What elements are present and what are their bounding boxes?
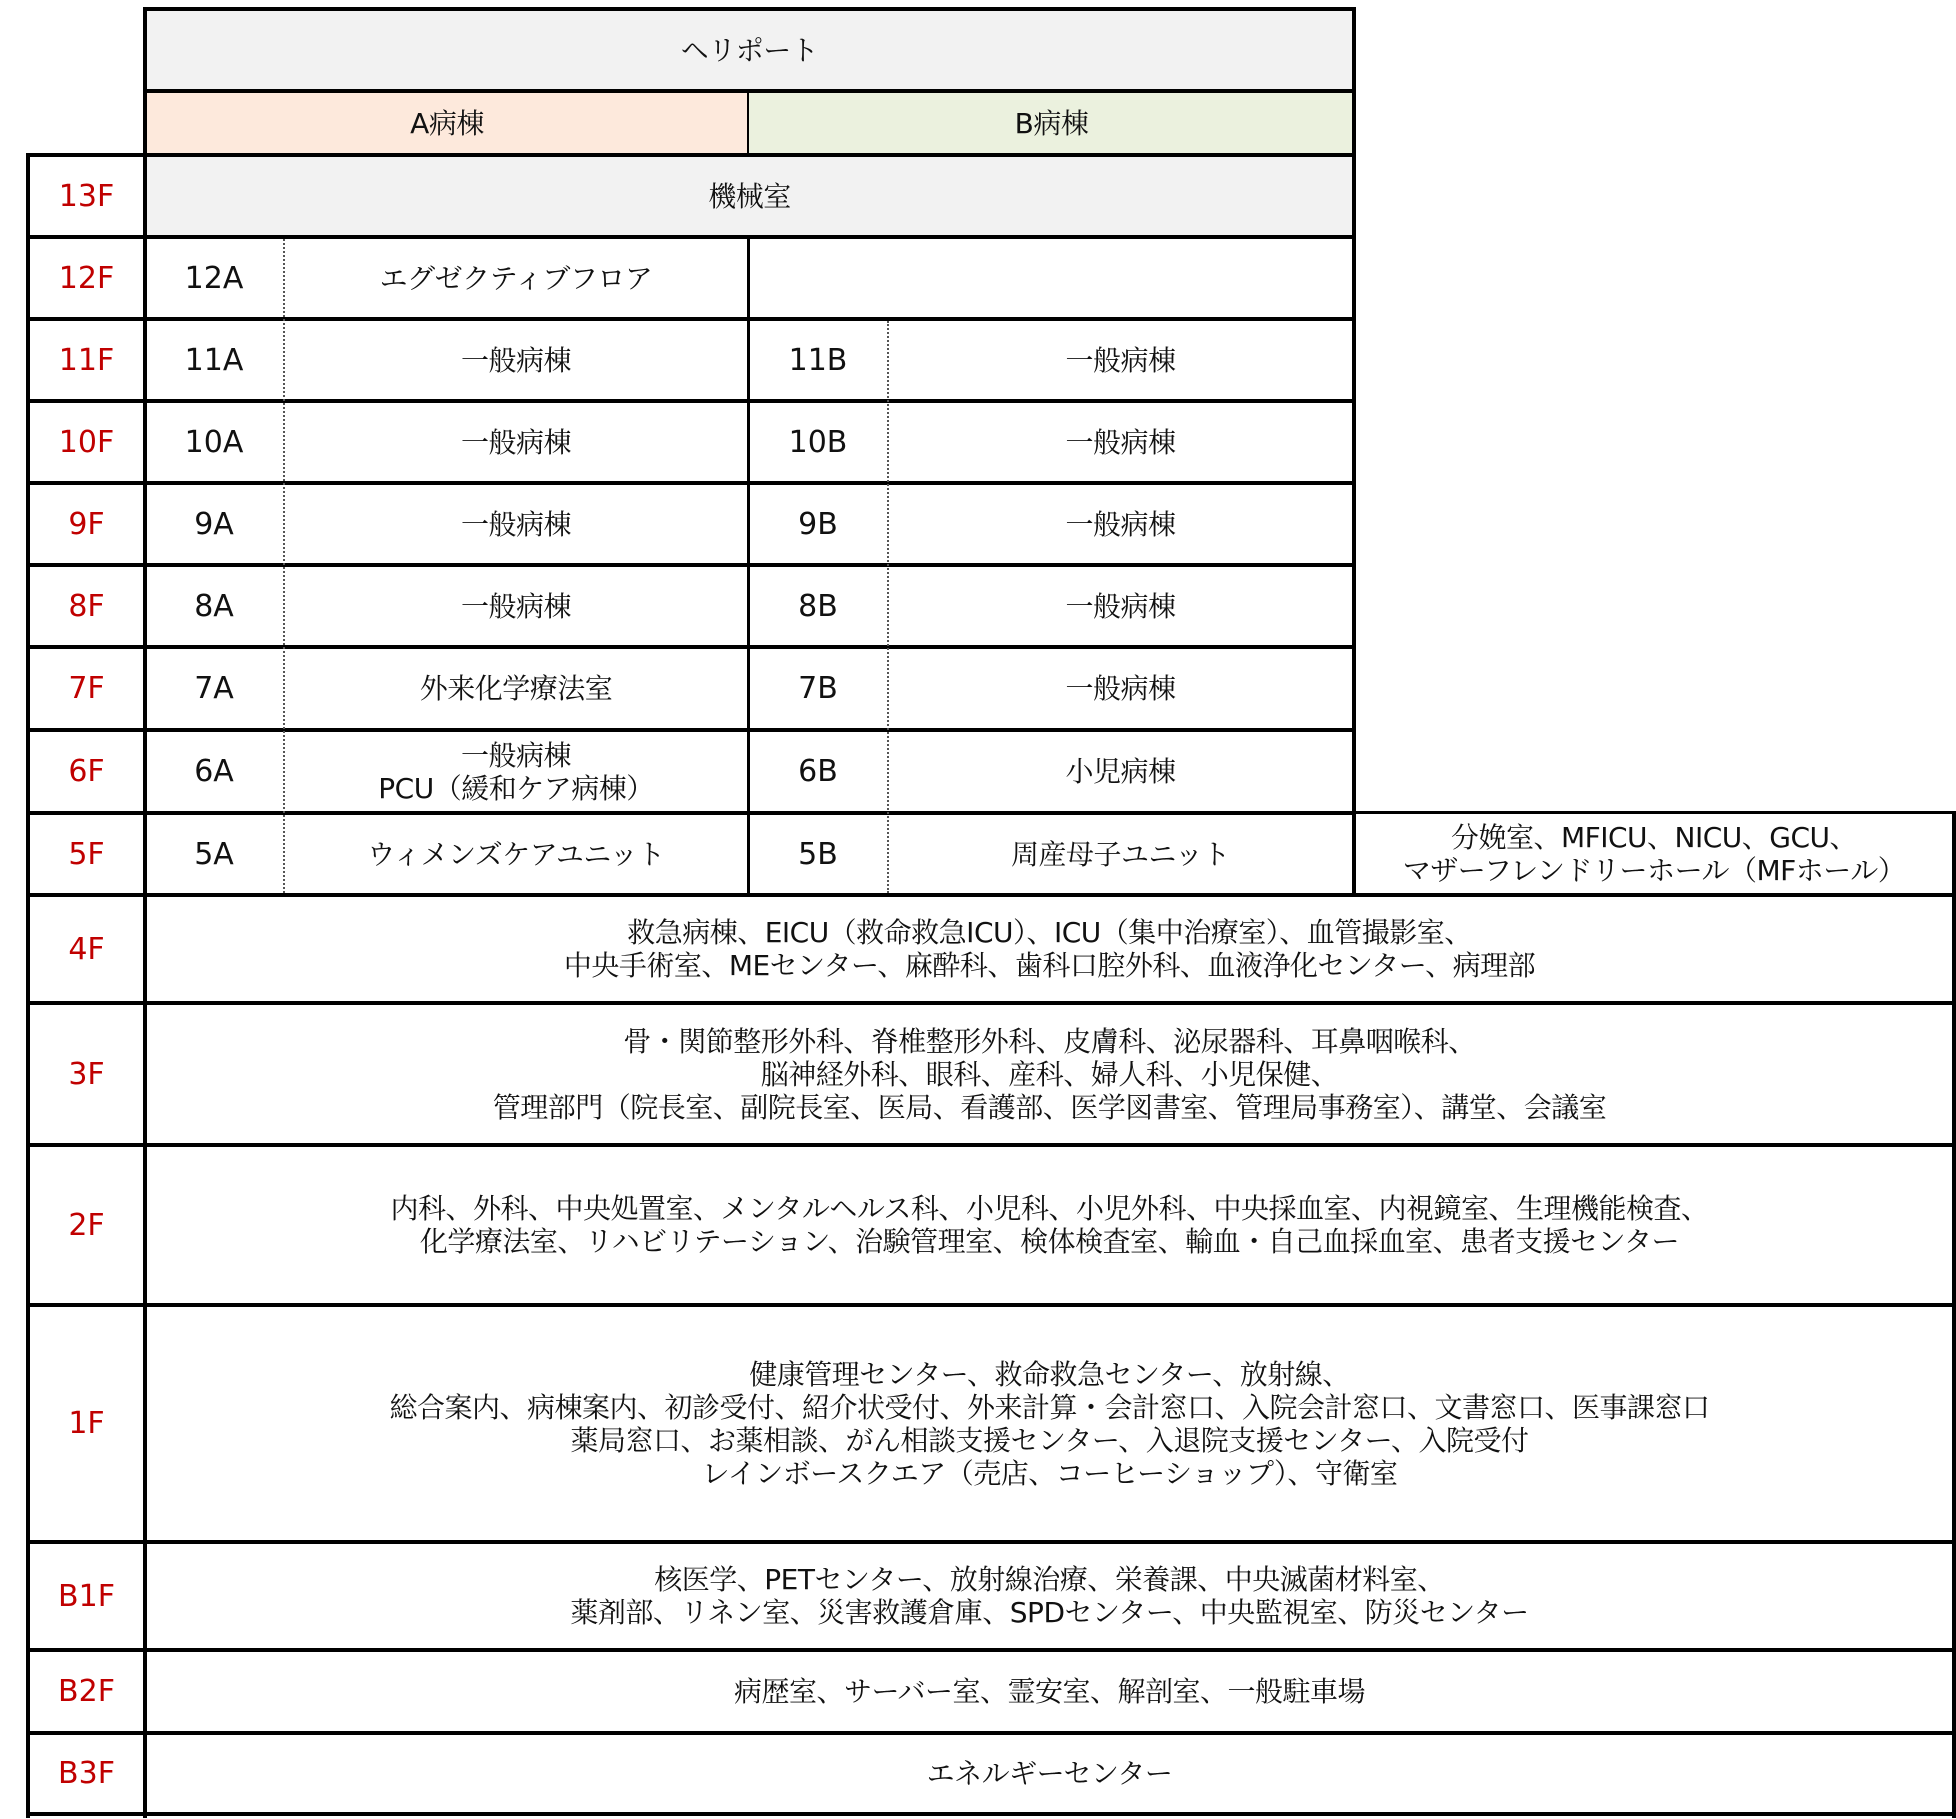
floor-label: 8F: [28, 565, 145, 647]
ward-b-code: 9B: [798, 507, 838, 542]
floor-label: 12F: [28, 237, 145, 319]
ward-b-code-cell: 8B: [749, 565, 887, 647]
divider: [1352, 811, 1956, 814]
ward-a-text-cell: ウィメンズケアユニット: [283, 813, 749, 895]
floor-label: 2F: [28, 1145, 145, 1305]
ward-a-header: A病棟: [145, 91, 749, 155]
ward-a-code-cell: 7A: [145, 647, 283, 730]
delivery-area-label: 分娩室、MFICU、NICU、GCU、 マザーフレンドリーホール（MFホール）: [1403, 821, 1905, 887]
divider: [26, 563, 1356, 567]
floor-label: 6F: [28, 730, 145, 813]
floor-number: B1F: [58, 1579, 115, 1614]
floor-label: 11F: [28, 319, 145, 401]
divider: [26, 317, 1356, 321]
divider: [143, 89, 1356, 93]
ward-b-code: 10B: [789, 425, 848, 460]
floor-label: 9F: [28, 483, 145, 565]
floor-label: B2F: [28, 1650, 145, 1733]
ward-a-text: 外来化学療法室: [420, 672, 613, 705]
floor-number: 2F: [68, 1208, 104, 1243]
ward-a-text: 一般病棟: [461, 426, 571, 459]
ward-a-text-cell: 外来化学療法室: [283, 647, 749, 730]
divider: [26, 399, 1356, 403]
ward-a-code: 12A: [185, 261, 244, 296]
floor-label: 7F: [28, 647, 145, 730]
divider: [1352, 7, 1356, 897]
ward-a-text: 一般病棟: [461, 508, 571, 541]
floor-facilities: エネルギーセンター: [927, 1757, 1173, 1790]
ward-b-code-cell: [749, 237, 887, 319]
heliport-label: ヘリポート: [681, 34, 819, 67]
ward-a-code: 7A: [194, 671, 234, 706]
floor-13f-content: 機械室: [145, 155, 1354, 237]
ward-a-text-cell: 一般病棟: [283, 483, 749, 565]
divider: [143, 153, 147, 1818]
ward-a-text-cell: 一般病棟 PCU（緩和ケア病棟）: [283, 730, 749, 813]
floor-content: 救急病棟、EICU（救命救急ICU）、ICU（集中治療室）、血管撮影室、 中央手…: [145, 895, 1954, 1003]
ward-b-text: 周産母子ユニット: [1011, 838, 1230, 871]
ward-a-text-cell: 一般病棟: [283, 565, 749, 647]
dotted-divider: [887, 321, 889, 893]
ward-b-code: 8B: [798, 589, 838, 624]
ward-a-code-cell: 9A: [145, 483, 283, 565]
ward-a-code: 9A: [194, 507, 234, 542]
floor-content: 内科、外科、中央処置室、メンタルヘルス科、小児科、小児外科、中央採血室、内視鏡室…: [145, 1145, 1954, 1305]
divider: [747, 237, 750, 895]
floor-number: 8F: [68, 589, 104, 624]
floor-label: 13F: [28, 155, 145, 237]
ward-a-text-cell: エグゼクティブフロア: [283, 237, 749, 319]
ward-b-code-cell: 5B: [749, 813, 887, 895]
ward-b-text-cell: 一般病棟: [887, 565, 1354, 647]
floor-facilities: 骨・関節整形外科、脊椎整形外科、皮膚科、泌尿器科、耳鼻咽喉科、 脳神経外科、眼科…: [493, 1025, 1607, 1124]
ward-a-code-cell: 6A: [145, 730, 283, 813]
floor-number: 5F: [68, 837, 104, 872]
ward-a-text: ウィメンズケアユニット: [367, 838, 664, 871]
ward-a-text-cell: 一般病棟: [283, 319, 749, 401]
ward-a-code-cell: 12A: [145, 237, 283, 319]
ward-a-code: 5A: [194, 837, 234, 872]
ward-b-text-cell: 小児病棟: [887, 730, 1354, 813]
divider: [26, 1648, 1956, 1652]
ward-b-text-cell: 一般病棟: [887, 319, 1354, 401]
ward-a-code: 8A: [194, 589, 234, 624]
machine-room-label: 機械室: [708, 180, 791, 213]
floor-facilities: 核医学、PETセンター、放射線治療、栄養課、中央滅菌材料室、 薬剤部、リネン室、…: [570, 1563, 1528, 1629]
ward-a-code-cell: 10A: [145, 401, 283, 483]
ward-b-text-cell: 一般病棟: [887, 483, 1354, 565]
floor-label: B3F: [28, 1733, 145, 1814]
ward-a-code: 11A: [185, 343, 244, 378]
divider: [26, 153, 30, 1818]
floor-number: B2F: [58, 1674, 115, 1709]
ward-a-code: 10A: [185, 425, 244, 460]
floor-number: 13F: [59, 179, 114, 214]
floor-facilities: 救急病棟、EICU（救命救急ICU）、ICU（集中治療室）、血管撮影室、 中央手…: [564, 916, 1535, 982]
ward-b-text: 一般病棟: [1065, 672, 1175, 705]
floor-facilities: 健康管理センター、救命救急センター、放射線、 総合案内、病棟案内、初診受付、紹介…: [389, 1358, 1709, 1490]
divider: [26, 481, 1356, 485]
divider: [26, 1001, 1956, 1005]
ward-b-code: 7B: [798, 671, 838, 706]
floor-content: 病歴室、サーバー室、霊安室、解剖室、一般駐車場: [145, 1650, 1954, 1733]
ward-b-text: 一般病棟: [1065, 508, 1175, 541]
ward-b-code: 6B: [798, 754, 838, 789]
divider: [143, 7, 147, 155]
ward-b-text: 小児病棟: [1065, 755, 1175, 788]
ward-b-text: 一般病棟: [1065, 426, 1175, 459]
ward-b-label: B病棟: [1015, 107, 1089, 140]
ward-b-code-cell: 6B: [749, 730, 887, 813]
floor-number: 1F: [68, 1406, 104, 1441]
floor-number: 7F: [68, 671, 104, 706]
ward-a-text-cell: 一般病棟: [283, 401, 749, 483]
ward-b-code: 11B: [789, 343, 848, 378]
divider: [26, 1812, 1956, 1816]
ward-b-text: 一般病棟: [1065, 344, 1175, 377]
divider: [143, 7, 1356, 11]
ward-b-code-cell: 9B: [749, 483, 887, 565]
ward-a-text: 一般病棟: [461, 590, 571, 623]
divider: [26, 1303, 1956, 1307]
divider: [26, 1731, 1956, 1735]
ward-a-code: 6A: [194, 754, 234, 789]
ward-b-text: 一般病棟: [1065, 590, 1175, 623]
floor-number: 4F: [68, 932, 104, 967]
ward-b-text-cell: [887, 237, 1354, 319]
ward-a-text: エグゼクティブフロア: [380, 262, 653, 295]
floor-content: 健康管理センター、救命救急センター、放射線、 総合案内、病棟案内、初診受付、紹介…: [145, 1305, 1954, 1542]
ward-a-text: 一般病棟 PCU（緩和ケア病棟）: [378, 739, 653, 805]
divider: [26, 235, 1356, 239]
floor-number: 11F: [59, 343, 114, 378]
divider: [747, 91, 749, 155]
floor-content: エネルギーセンター: [145, 1733, 1954, 1814]
divider: [26, 728, 1356, 732]
ward-a-code-cell: 11A: [145, 319, 283, 401]
divider: [26, 645, 1356, 649]
floor-label: 1F: [28, 1305, 145, 1542]
floor-content: 核医学、PETセンター、放射線治療、栄養課、中央滅菌材料室、 薬剤部、リネン室、…: [145, 1542, 1954, 1650]
divider: [26, 1540, 1956, 1544]
ward-b-code-cell: 11B: [749, 319, 887, 401]
floor-facilities: 病歴室、サーバー室、霊安室、解剖室、一般駐車場: [734, 1675, 1365, 1708]
floor-number: 9F: [68, 507, 104, 542]
divider: [26, 153, 1356, 157]
ward-b-text-cell: 周産母子ユニット: [887, 813, 1354, 895]
floor-number: 3F: [68, 1057, 104, 1092]
floor-facilities: 内科、外科、中央処置室、メンタルヘルス科、小児科、小児外科、中央採血室、内視鏡室…: [390, 1192, 1708, 1258]
floor-label: 4F: [28, 895, 145, 1003]
ward-b-header: B病棟: [749, 91, 1354, 155]
floor-label: 3F: [28, 1003, 145, 1145]
divider: [26, 893, 1956, 897]
floor-number: 6F: [68, 754, 104, 789]
floor-content: 骨・関節整形外科、脊椎整形外科、皮膚科、泌尿器科、耳鼻咽喉科、 脳神経外科、眼科…: [145, 1003, 1954, 1145]
ward-a-code-cell: 5A: [145, 813, 283, 895]
ward-a-code-cell: 8A: [145, 565, 283, 647]
floor-number: 10F: [59, 425, 114, 460]
heliport: ヘリポート: [145, 9, 1354, 91]
ward-b-code-cell: 7B: [749, 647, 887, 730]
floor-number: 12F: [59, 261, 114, 296]
divider: [1952, 811, 1956, 1818]
divider: [26, 811, 1356, 815]
dotted-divider: [283, 239, 285, 893]
ward-b-text-cell: 一般病棟: [887, 401, 1354, 483]
ward-a-text: 一般病棟: [461, 344, 571, 377]
divider: [26, 1143, 1956, 1147]
floor-label: B1F: [28, 1542, 145, 1650]
ward-b-text-cell: 一般病棟: [887, 647, 1354, 730]
floor-label: 10F: [28, 401, 145, 483]
floor-5f-extra: 分娩室、MFICU、NICU、GCU、 マザーフレンドリーホール（MFホール）: [1354, 813, 1954, 895]
ward-b-code: 5B: [798, 837, 838, 872]
floor-label: 5F: [28, 813, 145, 895]
ward-b-code-cell: 10B: [749, 401, 887, 483]
ward-a-label: A病棟: [410, 107, 484, 140]
floor-number: B3F: [58, 1756, 115, 1791]
